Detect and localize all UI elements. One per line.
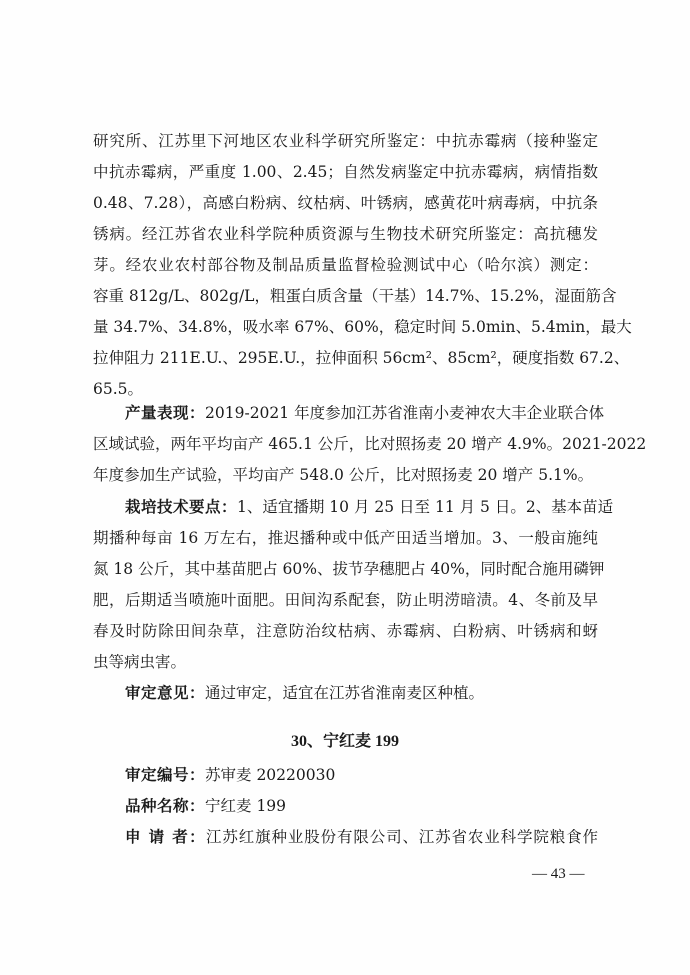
opinion-text: 通过审定，适宜在江苏省淮南麦区种植。 (205, 684, 484, 702)
text-line: 研究所、江苏里下河地区农业科学研究所鉴定：中抗赤霉病（接种鉴定 (93, 131, 598, 151)
field-label: 申 请 者： (125, 828, 206, 846)
field-label: 审定编号： (125, 766, 205, 784)
variety-heading: 30、宁红麦 199 (0, 732, 690, 752)
text-line: 锈病。经江苏省农业科学院种质资源与生物技术研究所鉴定：高抗穗发 (93, 224, 598, 244)
cultivation-label: 栽培技术要点： (125, 498, 237, 516)
field-value: 宁红麦 199 (205, 797, 286, 815)
yield-text: 2019-2021 年度参加江苏省淮南小麦神农大丰企业联合体 (205, 404, 604, 422)
field-approval-number: 审定编号：苏审麦 20220030 (125, 765, 598, 785)
text-line: 栽培技术要点：1、适宜播期 10 月 25 日至 11 月 5 日。2、基本苗适 (125, 497, 598, 517)
field-applicant: 申 请 者：江苏红旗种业股份有限公司、江苏省农业科学院粮食作 (125, 827, 598, 847)
text-line: 0.48、7.28），高感白粉病、纹枯病、叶锈病，感黄花叶病毒病，中抗条 (93, 193, 598, 213)
text-line: 肥，后期适当喷施叶面肥。田间沟系配套，防止明涝暗渍。4、冬前及早 (93, 590, 598, 610)
text-line: 氮 18 公斤，其中基苗肥占 60%、拔节孕穗肥占 40%，同时配合施用磷钾 (93, 559, 598, 579)
text-line: 区域试验，两年平均亩产 465.1 公斤，比对照扬麦 20 增产 4.9%。20… (93, 434, 598, 454)
document-page: 研究所、江苏里下河地区农业科学研究所鉴定：中抗赤霉病（接种鉴定 中抗赤霉病，严重… (0, 0, 690, 975)
yield-label: 产量表现： (125, 404, 205, 422)
text-line: 65.5。 (93, 379, 598, 399)
field-value: 江苏红旗种业股份有限公司、江苏省农业科学院粮食作 (206, 828, 598, 846)
opinion-label: 审定意见： (125, 684, 205, 702)
field-value: 苏审麦 20220030 (205, 766, 335, 784)
cultivation-text: 1、适宜播期 10 月 25 日至 11 月 5 日。2、基本苗适 (237, 498, 613, 516)
text-line: 期播种每亩 16 万左右，推迟播种或中低产田适当增加。3、一般亩施纯 (93, 528, 598, 548)
text-line: 产量表现：2019-2021 年度参加江苏省淮南小麦神农大丰企业联合体 (125, 403, 598, 423)
text-line: 容重 812g/L、802g/L，粗蛋白质含量（干基）14.7%、15.2%，湿… (93, 286, 598, 306)
text-line: 量 34.7%、34.8%，吸水率 67%、60%，稳定时间 5.0min、5.… (93, 317, 598, 337)
text-line: 中抗赤霉病，严重度 1.00、2.45；自然发病鉴定中抗赤霉病，病情指数 (93, 162, 598, 182)
approval-opinion: 审定意见：通过审定，适宜在江苏省淮南麦区种植。 (125, 683, 598, 703)
page-number: — 43 — (532, 864, 585, 884)
field-variety-name: 品种名称：宁红麦 199 (125, 796, 598, 816)
text-line: 年度参加生产试验，平均亩产 548.0 公斤，比对照扬麦 20 增产 5.1%。 (93, 465, 598, 485)
text-line: 春及时防除田间杂草，注意防治纹枯病、赤霉病、白粉病、叶锈病和蚜 (93, 621, 598, 641)
text-line: 芽。经农业农村部谷物及制品质量监督检验测试中心（哈尔滨）测定： (93, 255, 598, 275)
text-line: 虫等病虫害。 (93, 652, 598, 672)
text-line: 拉伸阻力 211E.U.、295E.U.，拉伸面积 56cm²、85cm²，硬度… (93, 348, 598, 368)
field-label: 品种名称： (125, 797, 205, 815)
